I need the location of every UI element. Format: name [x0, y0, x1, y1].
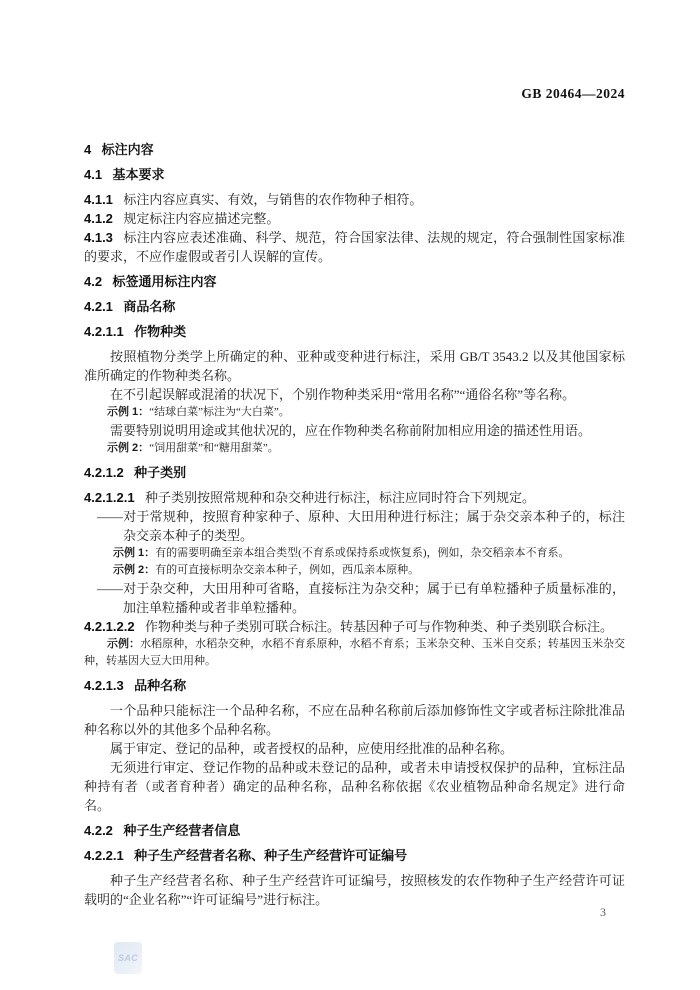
example-label: 示例 2： — [113, 564, 155, 576]
block-text: 基本要求 — [112, 167, 164, 182]
block-text: “结球白菜”标注为“大白菜”。 — [149, 406, 290, 418]
example: 示例：水稻原种，水稻杂交种，水稻不育系原种，水稻不育系；玉米杂交种、玉米自交系；… — [84, 636, 625, 670]
document-body: 4标注内容4.1基本要求4.1.1标注内容应真实、有效，与销售的农作物种子相符。… — [84, 102, 625, 909]
paragraph: 一个品种只能标注一个品种名称，不应在品种名称前后添加修饰性文字或者标注除批准品种… — [84, 701, 625, 739]
paragraph: 按照植物分类学上所确定的种、亚种或变种进行标注，采用 GB/T 3543.2 以… — [84, 347, 625, 385]
section-heading: 4.1基本要求 — [84, 165, 625, 184]
clause-number: 4.2.1 — [84, 299, 113, 314]
clause-number: 4.2.2 — [84, 823, 113, 838]
clause-number: 4.2.1.2.2 — [84, 619, 135, 634]
clause: 4.1.3标注内容应表述准确、科学、规范，符合国家法律、法规的规定，符合强制性国… — [84, 228, 625, 266]
clause-number: 4.1.1 — [84, 192, 113, 207]
block-text: 水稻原种，水稻杂交种，水稻不育系原种，水稻不育系；玉米杂交种、玉米自交系；转基因… — [84, 638, 625, 667]
dash-list-item: ——对于常规种，按照育种家种子、原种、大田用种进行标注；属于杂交亲本种子的，标注… — [84, 507, 625, 545]
block-text: 在不引起误解或混淆的状况下，个别作物种类采用“常用名称”“通俗名称”等名称。 — [110, 387, 575, 402]
section-heading: 4.2.1.2种子类别 — [84, 463, 625, 482]
clause: 4.2.1.2.1种子类别按照常规种和杂交种进行标注，标注应同时符合下列规定。 — [84, 488, 625, 507]
paragraph: 属于审定、登记的品种，或者授权的品种，应使用经批准的品种名称。 — [84, 739, 625, 758]
block-text: 标签通用标注内容 — [112, 274, 216, 289]
block-text: 作物种类 — [134, 324, 186, 339]
block-text: 标注内容应表述准确、科学、规范，符合国家法律、法规的规定，符合强制性国家标准的要… — [84, 230, 625, 264]
block-text: 种子类别 — [134, 465, 186, 480]
section-heading: 4标注内容 — [84, 140, 625, 159]
clause-number: 4.2.1.2 — [84, 465, 124, 480]
block-text: “饲用甜菜”和“糖用甜菜”。 — [149, 442, 279, 454]
clause-number: 4.2 — [84, 274, 102, 289]
block-text: 规定标注内容应描述完整。 — [123, 211, 279, 226]
block-text: 种子生产经营者信息 — [123, 823, 240, 838]
clause-number: 4.1.2 — [84, 211, 113, 226]
paragraph: 无须进行审定、登记作物的品种或未登记的品种，或者未申请授权保护的品种，宜标注品种… — [84, 758, 625, 815]
clause-number: 4.1 — [84, 167, 102, 182]
block-text: 作物种类与种子类别可联合标注。转基因种子可与作物种类、种子类别联合标注。 — [145, 619, 613, 634]
block-text: 有的需要明确至亲本组合类型(不育系或保持系或恢复系)，例如，杂交稻亲本不育系。 — [155, 547, 569, 559]
block-text: 种子生产经营者名称、种子生产经营许可证编号，按照核发的农作物种子生产经营许可证载… — [84, 873, 625, 907]
section-heading: 4.2.1.3品种名称 — [84, 676, 625, 695]
block-text: 种子生产经营者名称、种子生产经营许可证编号 — [134, 848, 407, 863]
sac-watermark-logo: SAC — [114, 942, 142, 974]
block-text: 无须进行审定、登记作物的品种或未登记的品种，或者未申请授权保护的品种，宜标注品种… — [84, 760, 625, 813]
document-page: GB 20464—2024 4标注内容4.1基本要求4.1.1标注内容应真实、有… — [0, 0, 700, 990]
clause-number: 4.1.3 — [84, 230, 113, 245]
clause: 4.2.1.2.2作物种类与种子类别可联合标注。转基因种子可与作物种类、种子类别… — [84, 617, 625, 636]
section-heading: 4.2.2.1种子生产经营者名称、种子生产经营许可证编号 — [84, 846, 625, 865]
clause-number: 4.2.1.2.1 — [84, 490, 135, 505]
example-label: 示例： — [107, 638, 140, 650]
example: 示例 2：“饲用甜菜”和“糖用甜菜”。 — [84, 440, 625, 457]
example: 示例 2：有的可直接标明杂交亲本种子，例如，西瓜亲本原种。 — [84, 562, 625, 579]
example-label: 示例 2： — [107, 442, 149, 454]
block-text: 需要特别说明用途或其他状况的，应在作物种类名称前附加相应用途的描述性用语。 — [110, 423, 591, 438]
clause-number: 4.2.1.3 — [84, 678, 124, 693]
block-text: 商品名称 — [123, 299, 175, 314]
paragraph: 在不引起误解或混淆的状况下，个别作物种类采用“常用名称”“通俗名称”等名称。 — [84, 385, 625, 404]
example-label: 示例 1： — [107, 406, 149, 418]
section-heading: 4.2.2种子生产经营者信息 — [84, 821, 625, 840]
section-heading: 4.2.1.1作物种类 — [84, 322, 625, 341]
block-text: 一个品种只能标注一个品种名称，不应在品种名称前后添加修饰性文字或者标注除批准品种… — [84, 703, 625, 737]
block-text: 属于审定、登记的品种，或者授权的品种，应使用经批准的品种名称。 — [110, 741, 513, 756]
block-text: 种子类别按照常规种和杂交种进行标注，标注应同时符合下列规定。 — [145, 490, 535, 505]
block-text: 标注内容 — [102, 142, 154, 157]
paragraph: 种子生产经营者名称、种子生产经营许可证编号，按照核发的农作物种子生产经营许可证载… — [84, 871, 625, 909]
block-text: ——对于杂交种，大田用种可省略，直接标注为杂交种；属于已有单粒播种子质量标准的，… — [97, 581, 625, 615]
standard-code-header: GB 20464—2024 — [84, 86, 625, 102]
sac-watermark-text: SAC — [118, 953, 138, 963]
section-heading: 4.2.1商品名称 — [84, 297, 625, 316]
block-text: ——对于常规种，按照育种家种子、原种、大田用种进行标注；属于杂交亲本种子的，标注… — [97, 509, 625, 543]
example: 示例 1：有的需要明确至亲本组合类型(不育系或保持系或恢复系)，例如，杂交稻亲本… — [84, 545, 625, 562]
clause-number: 4.2.2.1 — [84, 848, 124, 863]
example-label: 示例 1： — [113, 547, 155, 559]
block-text: 按照植物分类学上所确定的种、亚种或变种进行标注，采用 GB/T 3543.2 以… — [84, 349, 625, 383]
page-number: 3 — [600, 905, 606, 919]
dash-list-item: ——对于杂交种，大田用种可省略，直接标注为杂交种；属于已有单粒播种子质量标准的，… — [84, 579, 625, 617]
clause-number: 4 — [84, 142, 91, 157]
paragraph: 需要特别说明用途或其他状况的，应在作物种类名称前附加相应用途的描述性用语。 — [84, 421, 625, 440]
clause: 4.1.2规定标注内容应描述完整。 — [84, 209, 625, 228]
clause: 4.1.1标注内容应真实、有效，与销售的农作物种子相符。 — [84, 190, 625, 209]
block-text: 标注内容应真实、有效，与销售的农作物种子相符。 — [123, 192, 422, 207]
block-text: 品种名称 — [134, 678, 186, 693]
block-text: 有的可直接标明杂交亲本种子，例如，西瓜亲本原种。 — [155, 564, 419, 576]
section-heading: 4.2标签通用标注内容 — [84, 272, 625, 291]
example: 示例 1：“结球白菜”标注为“大白菜”。 — [84, 404, 625, 421]
clause-number: 4.2.1.1 — [84, 324, 124, 339]
